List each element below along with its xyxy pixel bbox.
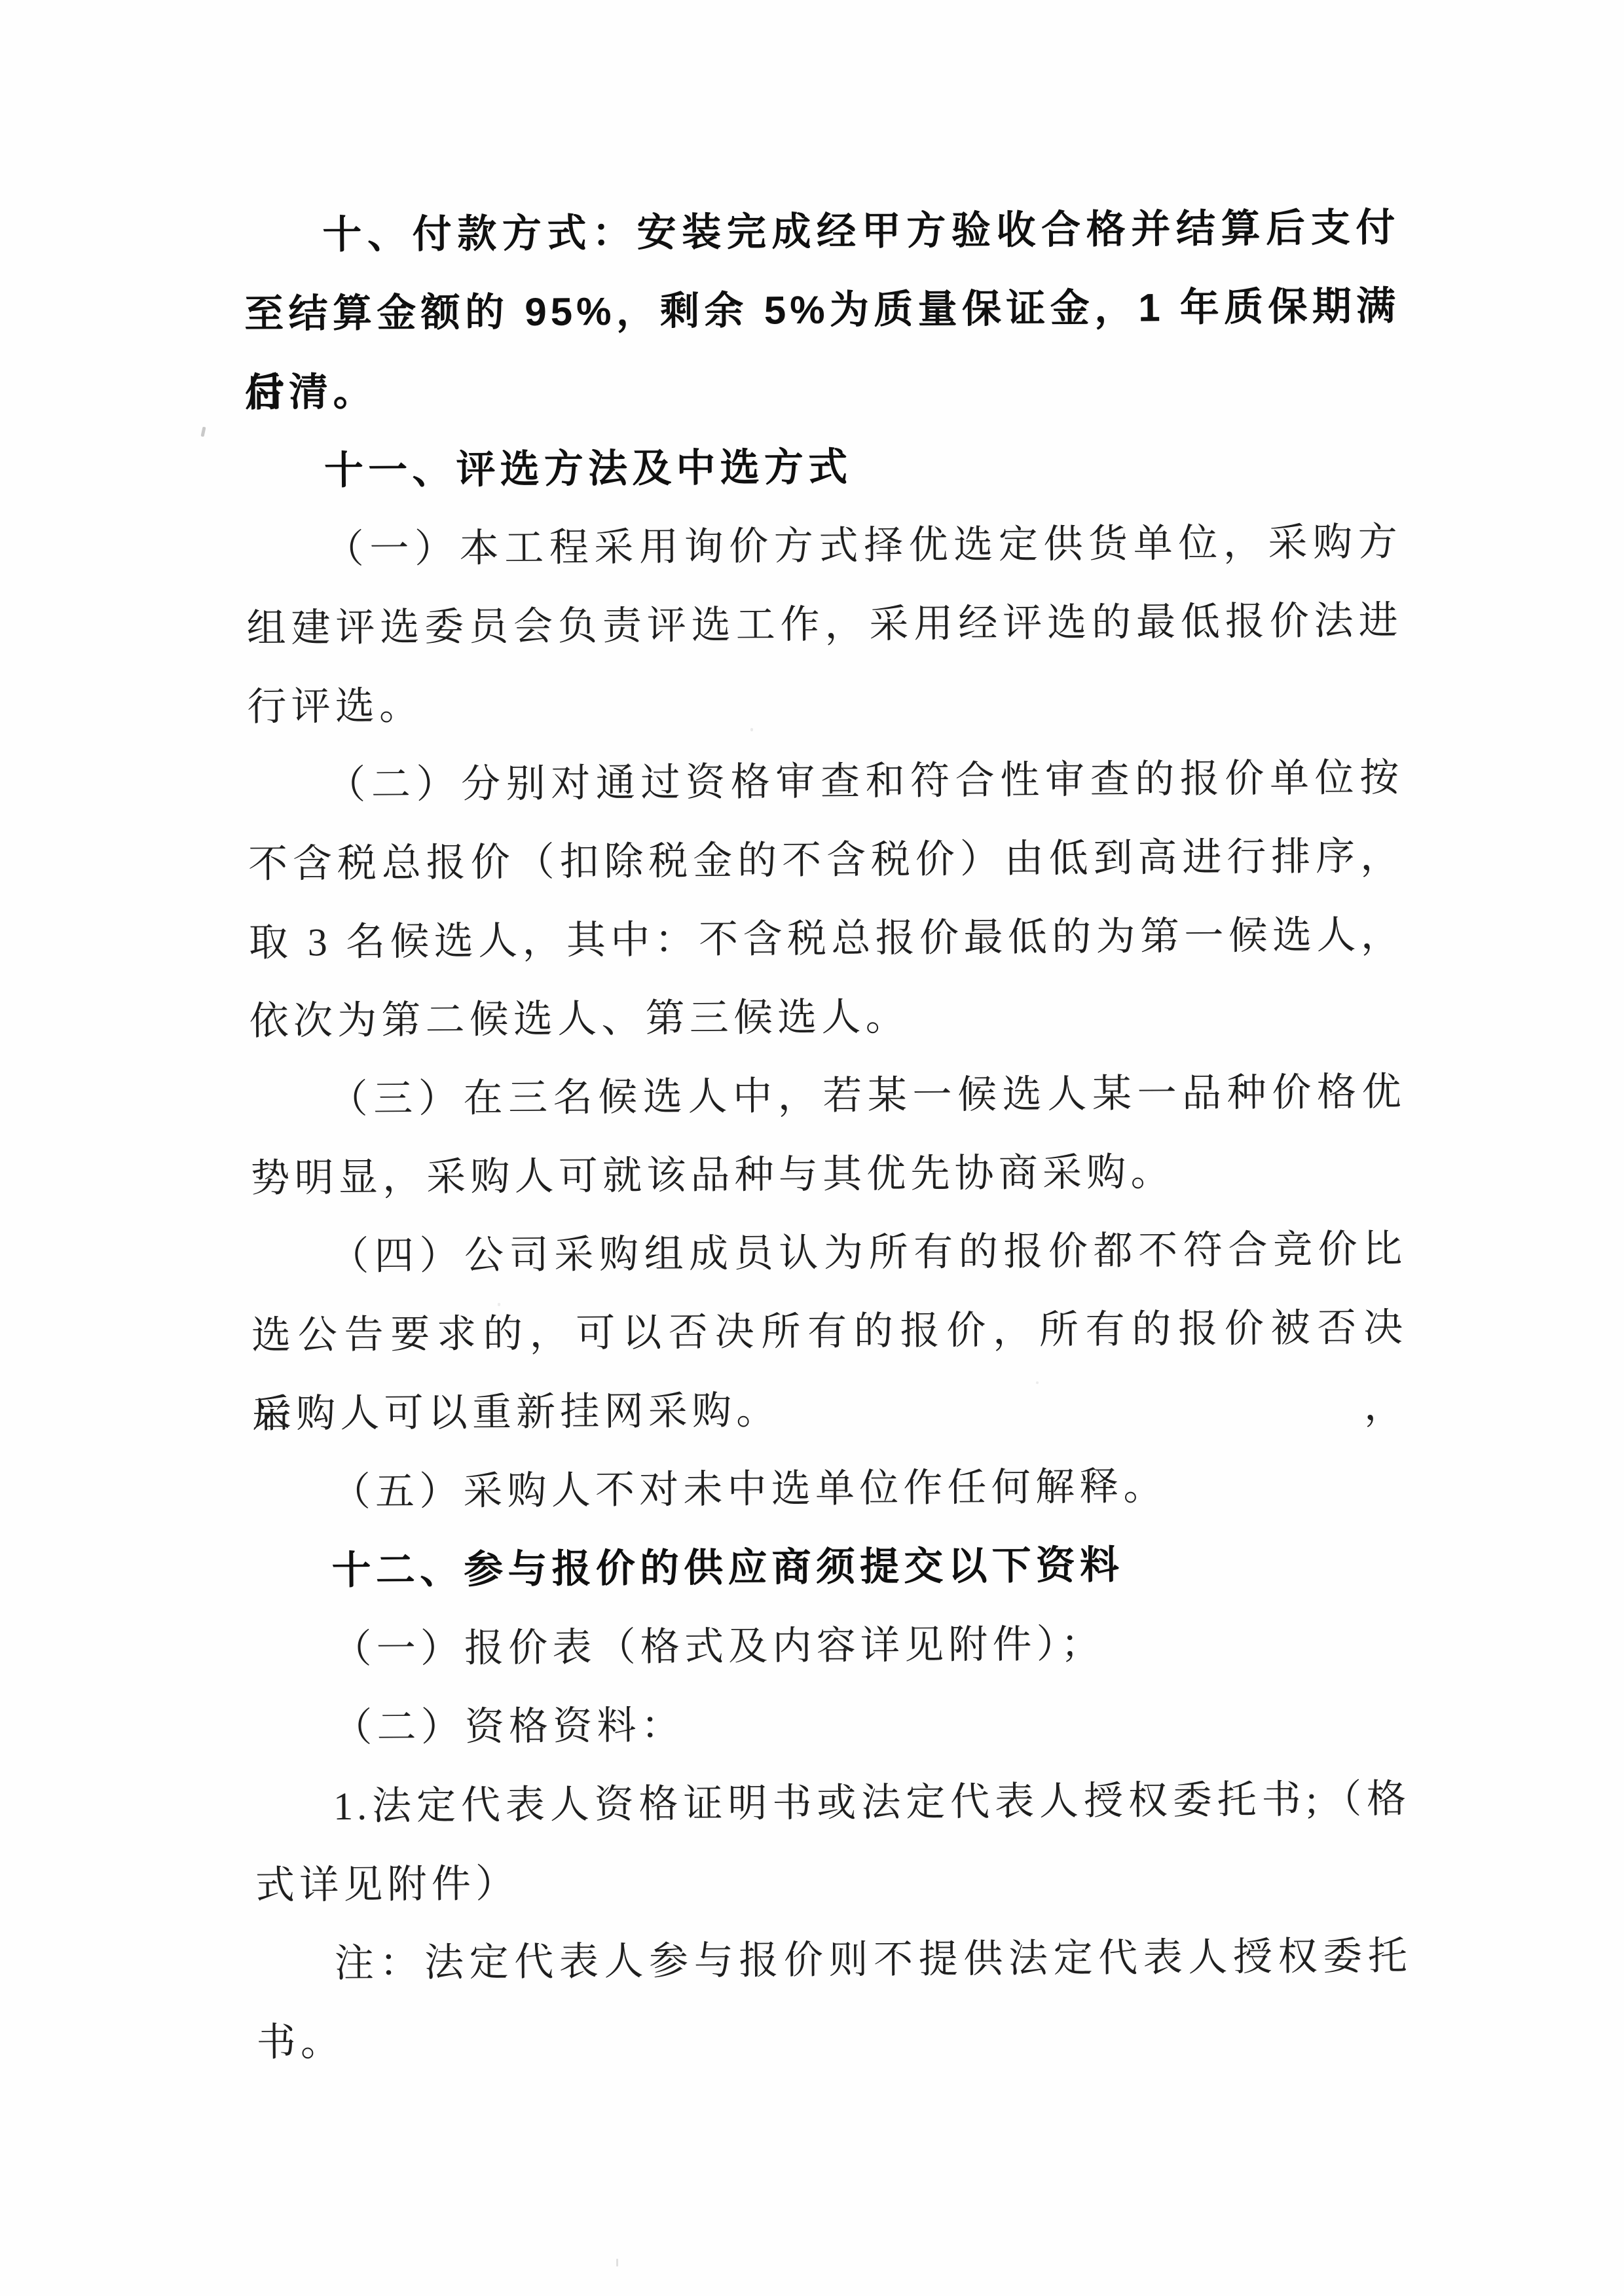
- document-line: 依次为第二候选人、第三候选人。: [249, 974, 1405, 1061]
- document-line: （二）资格资料：: [254, 1681, 1410, 1768]
- document-line: 取 3 名候选人，其中：不含税总报价最低的为第一候选人，: [249, 896, 1405, 982]
- scan-artifact: [616, 2259, 618, 2267]
- document-line: 1.法定代表人资格证明书或法定代表人授权委托书;（格: [255, 1760, 1411, 1846]
- document-line: （五）采购人不对未中选单位作任何解释。: [252, 1446, 1408, 1532]
- scan-artifact: [750, 728, 753, 731]
- document-body: 十、付款方式：安装完成经甲方验收合格并结算后支付 至结算金额的 95%，剩余 5…: [244, 189, 1412, 2082]
- document-heading: 十一、评选方法及中选方式: [246, 424, 1401, 511]
- document-line: 组建评选委员会负责评选工作，采用经评选的最低报价法进: [246, 581, 1402, 668]
- document-heading: 十二、参与报价的供应商须提交以下资料: [253, 1524, 1409, 1611]
- document-line: （一）报价表（格式及内容详见附件）；: [253, 1603, 1409, 1689]
- document-line: 注：法定代表人参与报价则不提供法定代表人授权委托: [255, 1917, 1411, 2003]
- document-line: 书。: [256, 1995, 1412, 2082]
- document-line: 十、付款方式：安装完成经甲方验收合格并结算后支付: [244, 189, 1399, 275]
- document-line: 选公告要求的，可以否决所有的报价，所有的报价被否决后，: [251, 1288, 1407, 1375]
- document-line: 不含税总报价（扣除税金的不含税价）由低到高进行排序，: [248, 817, 1404, 903]
- scan-artifact: [200, 427, 206, 437]
- document-line: （一）本工程采用询价方式择优选定供货单位，采购方: [246, 503, 1401, 589]
- document-line: 至结算金额的 95%，剩余 5%为质量保证金，1 年质保期满后: [244, 267, 1400, 354]
- document-line: （二）分别对通过资格审查和符合性审查的报价单位按: [248, 738, 1403, 825]
- scan-artifact: [1036, 1381, 1039, 1384]
- document-line: 势明显，采购人可就该品种与其优先协商采购。: [250, 1131, 1406, 1218]
- document-page: 十、付款方式：安装完成经甲方验收合格并结算后支付 至结算金额的 95%，剩余 5…: [0, 0, 1624, 2296]
- document-line: 付清。: [245, 346, 1401, 432]
- document-line: 式详见附件）: [255, 1838, 1411, 1925]
- document-line: 行评选。: [247, 660, 1403, 746]
- document-line: （四）公司采购组成员认为所有的报价都不符合竞价比: [251, 1210, 1407, 1296]
- document-line: （三）在三名候选人中，若某一候选人某一品种价格优: [249, 1053, 1405, 1139]
- scan-artifact: [498, 1303, 500, 1306]
